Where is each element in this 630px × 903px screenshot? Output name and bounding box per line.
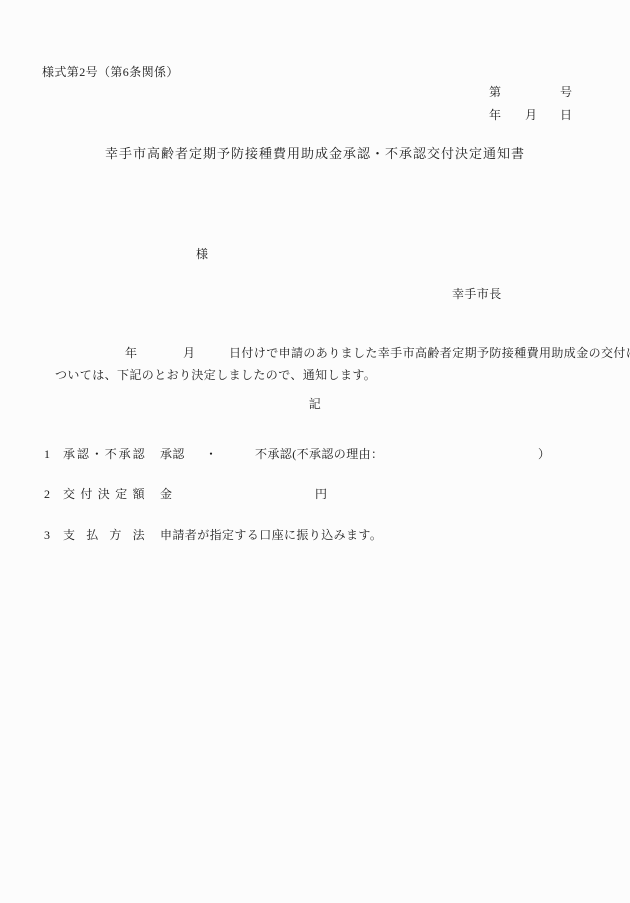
item-number: 2	[44, 487, 50, 501]
doc-number-prefix: 第	[489, 85, 501, 99]
form-reference: 様式第2号（第6条関係）	[42, 65, 179, 79]
item-label: 交付決定額	[63, 487, 145, 501]
reject-option: 不承認(不承認の理由：	[255, 447, 383, 461]
item-label: 承認・不承認	[63, 447, 145, 461]
approve-option: 承認	[160, 447, 185, 461]
date-month-label: 月	[525, 108, 537, 122]
addressee-suffix: 様	[196, 247, 208, 261]
amount-prefix-kin: 金	[160, 487, 172, 501]
date-year-label: 年	[489, 108, 501, 122]
item-number: 1	[44, 447, 50, 461]
payment-method-text: 申請者が指定する口座に振り込みます。	[160, 528, 382, 542]
date-day-label: 日	[560, 108, 572, 122]
item-number: 3	[44, 528, 50, 542]
document-page: 様式第2号（第6条関係） 第 号 年 月 日 幸手市高齢者定期予防接種費用助成金…	[0, 0, 630, 903]
body-line2-text: ついては、下記のとおり決定しましたので、通知します。	[55, 368, 376, 382]
amount-suffix-yen: 円	[315, 487, 327, 501]
item-label: 支払方法	[63, 528, 145, 542]
option-separator-dot: ・	[205, 447, 217, 461]
record-marker: 記	[0, 397, 630, 411]
body-line1-text: 日付けで申請のありました幸手市高齢者定期予防接種費用助成金の交付に	[229, 346, 630, 360]
doc-number-suffix: 号	[560, 85, 572, 99]
body-year-label: 年	[125, 346, 137, 360]
sender-name: 幸手市長	[452, 287, 502, 301]
page-title: 幸手市高齢者定期予防接種費用助成金承認・不承認交付決定通知書	[0, 147, 630, 161]
body-month-label: 月	[183, 346, 195, 360]
reject-reason-close-paren: ）	[538, 447, 550, 461]
